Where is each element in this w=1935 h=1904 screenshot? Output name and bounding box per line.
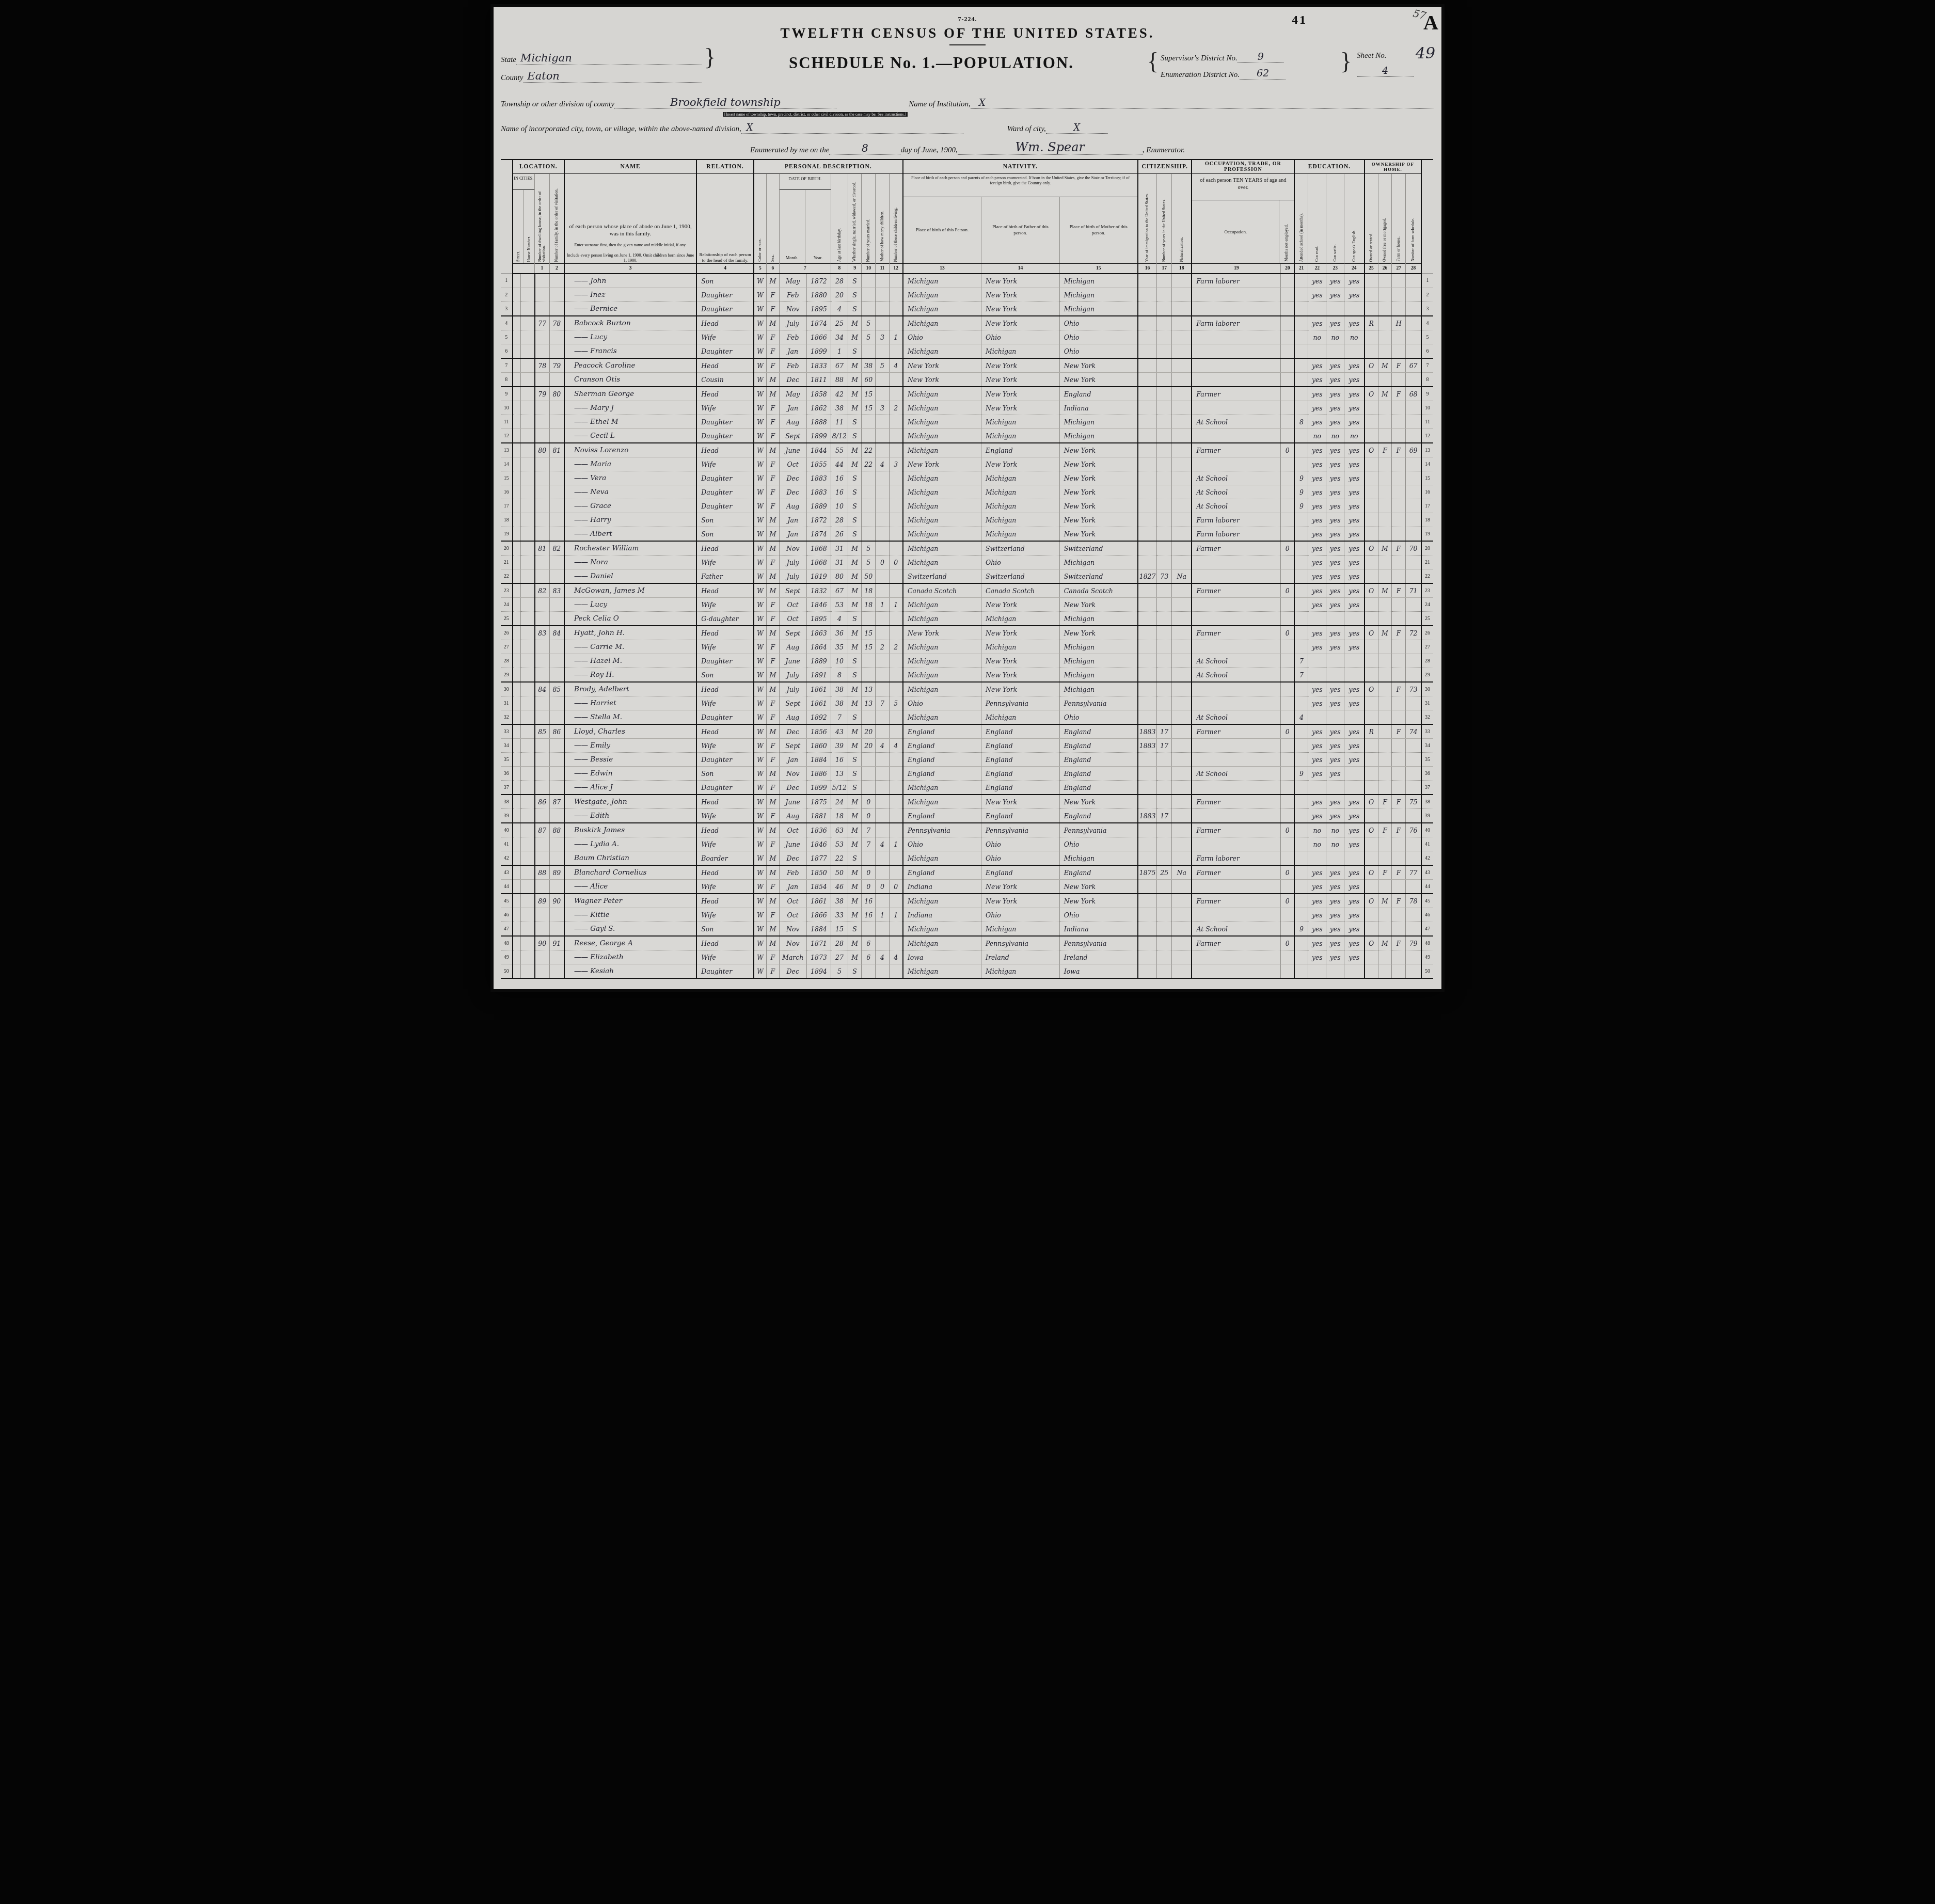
name-cell: Blanchard Cornelius (564, 865, 696, 880)
years-us-cell (1157, 387, 1172, 401)
birth-month-cell: Dec (779, 485, 806, 499)
row-number: 31 (501, 696, 513, 710)
birth-year-cell: 1846 (806, 598, 831, 612)
birth-year-cell: 1819 (806, 569, 831, 584)
occupation-cell (1192, 964, 1280, 979)
imm-year-cell (1138, 795, 1157, 809)
row-number: 3 (1421, 302, 1433, 316)
birth-year-cell: 1872 (806, 513, 831, 527)
pob-person-cell: Michigan (903, 541, 981, 556)
naturalization-cell (1172, 950, 1192, 964)
owned-free-cell (1378, 908, 1392, 922)
owned-free-cell (1378, 316, 1392, 330)
farm-house-cell (1392, 415, 1406, 429)
pob-person-cell: Michigan (903, 274, 981, 288)
birth-year-cell: 1860 (806, 739, 831, 753)
owned-rented-cell: O (1365, 358, 1378, 373)
pob-person-cell: Michigan (903, 795, 981, 809)
years-married-header: Number of years married. (862, 174, 876, 264)
owned-free-cell: M (1378, 358, 1392, 373)
attended-school-cell (1294, 541, 1308, 556)
occupation-cell: Farmer (1192, 626, 1280, 640)
can-write-cell: yes (1326, 908, 1344, 922)
family-cell (549, 288, 564, 302)
can-read-cell: yes (1308, 894, 1326, 908)
name-cell: —— Kittie (564, 908, 696, 922)
color-cell: W (754, 583, 767, 598)
family-cell (549, 950, 564, 964)
pob-mother-cell: Michigan (1059, 668, 1138, 683)
sex-cell: F (766, 809, 779, 823)
street-cell (513, 583, 521, 598)
pob-father-cell: Michigan (981, 513, 1060, 527)
naturalization-cell (1172, 626, 1192, 640)
farm-schedule-cell: 77 (1405, 865, 1421, 880)
naturalization-cell (1172, 710, 1192, 725)
farm-house-cell (1392, 373, 1406, 387)
mother-of-cell (876, 499, 890, 513)
naturalization-cell (1172, 541, 1192, 556)
row-number: 10 (501, 401, 513, 415)
marital-cell: S (848, 964, 862, 979)
family-cell (549, 401, 564, 415)
house-number-cell (521, 654, 535, 668)
sheet-value: 4 (1357, 65, 1414, 77)
imm-year-cell (1138, 288, 1157, 302)
imm-year-cell (1138, 499, 1157, 513)
children-living-cell (889, 541, 903, 556)
relation-cell: Wife (696, 880, 754, 894)
pob-person-cell: New York (903, 457, 981, 471)
pob-mother-cell: Switzerland (1059, 541, 1138, 556)
family-cell: 80 (549, 387, 564, 401)
birth-month-cell: Aug (779, 499, 806, 513)
relation-cell: Wife (696, 640, 754, 654)
age-cell: 28 (831, 936, 848, 950)
birth-month-cell: Jan (779, 527, 806, 542)
township-value: Brookfield township (614, 96, 836, 109)
pob-father-cell: England (981, 781, 1060, 795)
row-number: 37 (1421, 781, 1433, 795)
pob-father-cell: New York (981, 795, 1060, 809)
farm-schedule-cell: 69 (1405, 443, 1421, 457)
years-us-cell (1157, 837, 1172, 851)
relation-cell: Son (696, 513, 754, 527)
children-living-cell: 1 (889, 598, 903, 612)
marital-cell: M (848, 724, 862, 739)
birth-month-cell: Oct (779, 598, 806, 612)
table-row: 12—— Cecil LDaughterWFSept18998/12SMichi… (501, 429, 1433, 443)
enum-district-value: 62 (1240, 68, 1286, 80)
row-number: 38 (1421, 795, 1433, 809)
farm-schedule-cell: 68 (1405, 387, 1421, 401)
dob-header: DATE OF BIRTH. Month. Year. (779, 174, 831, 264)
schedule-title: SCHEDULE No. 1.—POPULATION. (718, 54, 1145, 72)
birth-year-cell: 1894 (806, 964, 831, 979)
owned-free-cell (1378, 781, 1392, 795)
birth-year-cell: 1873 (806, 950, 831, 964)
row-number: 26 (1421, 626, 1433, 640)
can-read-cell: yes (1308, 387, 1326, 401)
farm-schedule-cell (1405, 837, 1421, 851)
years-us-cell (1157, 556, 1172, 569)
pob-mother-cell: Michigan (1059, 429, 1138, 443)
birth-year-cell: 1884 (806, 922, 831, 937)
naturalization-cell (1172, 499, 1192, 513)
pob-person-cell: England (903, 753, 981, 767)
birth-year-cell: 1866 (806, 908, 831, 922)
birth-year-cell: 1862 (806, 401, 831, 415)
birth-year-cell: 1895 (806, 612, 831, 626)
birth-month-cell: Sept (779, 696, 806, 710)
naturalization-cell (1172, 471, 1192, 485)
birth-month-cell: Dec (779, 851, 806, 866)
sex-cell: F (766, 837, 779, 851)
pob-person-cell: England (903, 865, 981, 880)
pob-father-cell: New York (981, 274, 1060, 288)
family-cell: 82 (549, 541, 564, 556)
sex-cell: F (766, 654, 779, 668)
row-number: 27 (501, 640, 513, 654)
house-number-cell (521, 767, 535, 781)
children-living-cell (889, 302, 903, 316)
birth-year-cell: 1854 (806, 880, 831, 894)
dwelling-cell (535, 415, 550, 429)
marital-cell: S (848, 471, 862, 485)
street-cell (513, 598, 521, 612)
can-speak-cell: yes (1344, 569, 1365, 584)
table-row: 32—— Stella M.DaughterWFAug18927SMichiga… (501, 710, 1433, 725)
birth-year-cell: 1846 (806, 837, 831, 851)
owned-free-cell: F (1378, 865, 1392, 880)
relation-cell: Son (696, 527, 754, 542)
mother-of-cell (876, 387, 890, 401)
family-cell: 85 (549, 682, 564, 696)
name-cell: —— Roy H. (564, 668, 696, 683)
street-cell (513, 767, 521, 781)
pob-mother-cell: Michigan (1059, 302, 1138, 316)
years-us-cell (1157, 654, 1172, 668)
farm-schedule-cell (1405, 316, 1421, 330)
row-number: 33 (1421, 724, 1433, 739)
pob-person-cell: Michigan (903, 288, 981, 302)
marital-cell: M (848, 908, 862, 922)
pob-person-cell: Michigan (903, 344, 981, 359)
birth-year-cell: 1863 (806, 626, 831, 640)
owned-free-cell (1378, 373, 1392, 387)
can-write-cell: yes (1326, 696, 1344, 710)
row-number: 7 (1421, 358, 1433, 373)
street-cell (513, 499, 521, 513)
sex-cell: M (766, 387, 779, 401)
pob-person-cell: Michigan (903, 485, 981, 499)
owned-free-cell (1378, 344, 1392, 359)
can-read-cell: yes (1308, 358, 1326, 373)
occupation-header: Occupation. (1192, 200, 1279, 263)
row-number: 7 (501, 358, 513, 373)
pob-father-cell: New York (981, 894, 1060, 908)
imm-year-cell (1138, 626, 1157, 640)
naturalization-cell (1172, 373, 1192, 387)
row-number: 6 (1421, 344, 1433, 359)
imm-year-cell (1138, 443, 1157, 457)
can-read-cell: no (1308, 837, 1326, 851)
dwelling-cell (535, 330, 550, 344)
occupation-desc-cell: of each person TEN YEARS of age and over… (1192, 174, 1294, 264)
sheet-label: Sheet No. (1357, 52, 1387, 60)
children-living-cell (889, 274, 903, 288)
family-cell: 81 (549, 443, 564, 457)
children-living-cell (889, 753, 903, 767)
pob-person-cell: Michigan (903, 316, 981, 330)
institution-value: X (971, 98, 1434, 109)
row-number: 1 (1421, 274, 1433, 288)
owned-rented-cell (1365, 288, 1378, 302)
can-speak-cell: yes (1344, 471, 1365, 485)
can-read-cell: yes (1308, 922, 1326, 937)
occupation-cell: At School (1192, 922, 1280, 937)
table-row: 22—— DanielFatherWMJuly181980M50Switzerl… (501, 569, 1433, 584)
pob-father-cell: Ohio (981, 330, 1060, 344)
birth-month-cell: June (779, 795, 806, 809)
farm-schedule-cell (1405, 753, 1421, 767)
naturalization-cell (1172, 457, 1192, 471)
can-write-cell: yes (1326, 880, 1344, 894)
naturalization-cell (1172, 964, 1192, 979)
table-row: 44—— AliceWifeWFJan185446M000IndianaNew … (501, 880, 1433, 894)
family-cell (549, 612, 564, 626)
birth-month-cell: Nov (779, 541, 806, 556)
owned-rented-cell: O (1365, 682, 1378, 696)
mother-of-cell (876, 274, 890, 288)
age-cell: 11 (831, 415, 848, 429)
sex-cell: F (766, 598, 779, 612)
can-write-cell (1326, 851, 1344, 866)
occupation-cell (1192, 330, 1280, 344)
children-living-cell: 1 (889, 330, 903, 344)
farm-house-cell (1392, 668, 1406, 683)
row-number: 31 (1421, 696, 1433, 710)
years-married-cell: 13 (862, 696, 876, 710)
attended-school-cell (1294, 781, 1308, 795)
name-cell: —— Lucy (564, 598, 696, 612)
table-row: 19—— AlbertSonWMJan187426SMichiganMichig… (501, 527, 1433, 542)
row-number: 21 (501, 556, 513, 569)
house-number-cell (521, 415, 535, 429)
can-write-cell: yes (1326, 288, 1344, 302)
owned-free-cell: M (1378, 936, 1392, 950)
marital-cell: S (848, 851, 862, 866)
occupation-cell: At School (1192, 767, 1280, 781)
naturalization-cell (1172, 640, 1192, 654)
imm-year-cell (1138, 964, 1157, 979)
row-number: 35 (1421, 753, 1433, 767)
owned-free-cell: M (1378, 894, 1392, 908)
years-us-cell (1157, 443, 1172, 457)
naturalization-cell (1172, 344, 1192, 359)
attended-school-cell: 9 (1294, 922, 1308, 937)
farm-house-cell (1392, 457, 1406, 471)
city-label: Name of incorporated city, town, or vill… (501, 125, 741, 134)
years-married-cell (862, 612, 876, 626)
imm-year-cell (1138, 556, 1157, 569)
occupation-cell: Farm laborer (1192, 316, 1280, 330)
attended-school-cell: 9 (1294, 499, 1308, 513)
row-number: 20 (1421, 541, 1433, 556)
can-speak-cell: yes (1344, 274, 1365, 288)
color-cell: W (754, 556, 767, 569)
stamp-number: 41 (1292, 13, 1307, 27)
can-speak-cell: yes (1344, 753, 1365, 767)
can-write-cell: yes (1326, 274, 1344, 288)
naturalization-cell (1172, 823, 1192, 837)
marital-cell: M (848, 541, 862, 556)
family-cell (549, 922, 564, 937)
pob-father-cell: Ireland (981, 950, 1060, 964)
pob-mother-cell: Ohio (1059, 316, 1138, 330)
table-row: 17—— GraceDaughterWFAug188910SMichiganMi… (501, 499, 1433, 513)
mother-of-cell (876, 415, 890, 429)
can-read-cell: yes (1308, 767, 1326, 781)
name-cell: —— Albert (564, 527, 696, 542)
years-us-cell (1157, 513, 1172, 527)
imm-year-cell: 1883 (1138, 724, 1157, 739)
attended-school-cell (1294, 837, 1308, 851)
years-us-cell (1157, 908, 1172, 922)
institution-label: Name of Institution, (909, 100, 971, 108)
can-speak-cell: yes (1344, 908, 1365, 922)
dwelling-cell (535, 950, 550, 964)
name-cell: Buskirk James (564, 823, 696, 837)
months-not-employed-cell (1281, 499, 1295, 513)
sex-cell: F (766, 330, 779, 344)
table-row: 438889Blanchard CorneliusHeadWMFeb185050… (501, 865, 1433, 880)
mother-of-cell (876, 809, 890, 823)
can-speak-cell (1344, 302, 1365, 316)
can-speak-cell: yes (1344, 809, 1365, 823)
dwelling-cell (535, 837, 550, 851)
marital-cell: S (848, 654, 862, 668)
farm-house-cell (1392, 344, 1406, 359)
street-cell (513, 373, 521, 387)
farm-house-cell: H (1392, 316, 1406, 330)
occupation-cell: Farm laborer (1192, 513, 1280, 527)
imm-year-cell (1138, 908, 1157, 922)
years-us-cell (1157, 457, 1172, 471)
years-married-cell (862, 485, 876, 499)
house-number-cell (521, 640, 535, 654)
farm-schedule-cell: 70 (1405, 541, 1421, 556)
color-cell: W (754, 569, 767, 584)
farm-schedule-cell: 78 (1405, 894, 1421, 908)
age-cell: 5 (831, 964, 848, 979)
age-cell: 38 (831, 401, 848, 415)
pob-mother-cell: Ohio (1059, 330, 1138, 344)
left-gutter-header (501, 160, 513, 274)
can-speak-header: Can speak English. (1344, 174, 1365, 264)
can-write-cell: no (1326, 330, 1344, 344)
owned-rented-cell (1365, 569, 1378, 584)
naturalization-cell (1172, 922, 1192, 937)
birth-year-cell: 1861 (806, 696, 831, 710)
table-row: 458990Wagner PeterHeadWMOct186138M16Mich… (501, 894, 1433, 908)
dwelling-cell (535, 429, 550, 443)
farm-schedule-cell (1405, 485, 1421, 499)
attended-school-cell (1294, 457, 1308, 471)
column-number: 5 (754, 264, 767, 274)
sex-cell: F (766, 344, 779, 359)
family-cell (549, 598, 564, 612)
can-speak-cell: yes (1344, 556, 1365, 569)
birth-year-cell: 1855 (806, 457, 831, 471)
house-number-cell (521, 527, 535, 542)
occupation-cell (1192, 373, 1280, 387)
color-cell: W (754, 485, 767, 499)
row-number: 48 (501, 936, 513, 950)
farm-schedule-cell (1405, 851, 1421, 866)
color-cell: W (754, 964, 767, 979)
farm-house-cell (1392, 880, 1406, 894)
years-married-cell: 0 (862, 865, 876, 880)
months-not-employed-cell (1281, 668, 1295, 683)
marital-cell: M (848, 373, 862, 387)
row-number: 23 (501, 583, 513, 598)
name-cell: —— Cecil L (564, 429, 696, 443)
birth-year-cell: 1886 (806, 767, 831, 781)
occupation-cell (1192, 908, 1280, 922)
naturalization-cell (1172, 302, 1192, 316)
children-living-cell (889, 344, 903, 359)
age-cell: 13 (831, 767, 848, 781)
naturalization-cell (1172, 739, 1192, 753)
table-row: 3—— BerniceDaughterWFNov18954SMichiganNe… (501, 302, 1433, 316)
owned-free-cell: M (1378, 541, 1392, 556)
birth-month-cell: Dec (779, 964, 806, 979)
pob-father-cell: Michigan (981, 471, 1060, 485)
house-number-cell (521, 344, 535, 359)
marital-cell: M (848, 795, 862, 809)
farm-house-cell (1392, 330, 1406, 344)
pob-person-cell: Michigan (903, 513, 981, 527)
birth-month-cell: June (779, 837, 806, 851)
age-cell: 28 (831, 274, 848, 288)
dwelling-cell (535, 612, 550, 626)
family-cell: 83 (549, 583, 564, 598)
house-number-cell (521, 387, 535, 401)
owned-rented-cell (1365, 302, 1378, 316)
owned-rented-cell (1365, 330, 1378, 344)
row-number: 46 (501, 908, 513, 922)
farm-house-cell (1392, 471, 1406, 485)
census-rows: 1—— JohnSonWMMay187228SMichiganNew YorkM… (501, 274, 1433, 978)
months-not-employed-cell (1281, 950, 1295, 964)
name-cell: —— Nora (564, 556, 696, 569)
table-row: 29—— Roy H.SonWMJuly18918SMichiganNew Yo… (501, 668, 1433, 683)
family-cell (549, 964, 564, 979)
owned-rented-cell: O (1365, 387, 1378, 401)
relation-cell: Daughter (696, 753, 754, 767)
table-row: 47778Babcock BurtonHeadWMJuly187425M5Mic… (501, 316, 1433, 330)
age-cell: 38 (831, 696, 848, 710)
owned-free-cell (1378, 767, 1392, 781)
owned-free-cell (1378, 556, 1392, 569)
sex-cell: F (766, 964, 779, 979)
table-row: 34—— EmilyWifeWFSept186039M2044EnglandEn… (501, 739, 1433, 753)
pob-father-cell: Michigan (981, 527, 1060, 542)
pob-mother-cell: New York (1059, 795, 1138, 809)
mother-of-cell (876, 612, 890, 626)
months-not-employed-cell (1281, 485, 1295, 499)
